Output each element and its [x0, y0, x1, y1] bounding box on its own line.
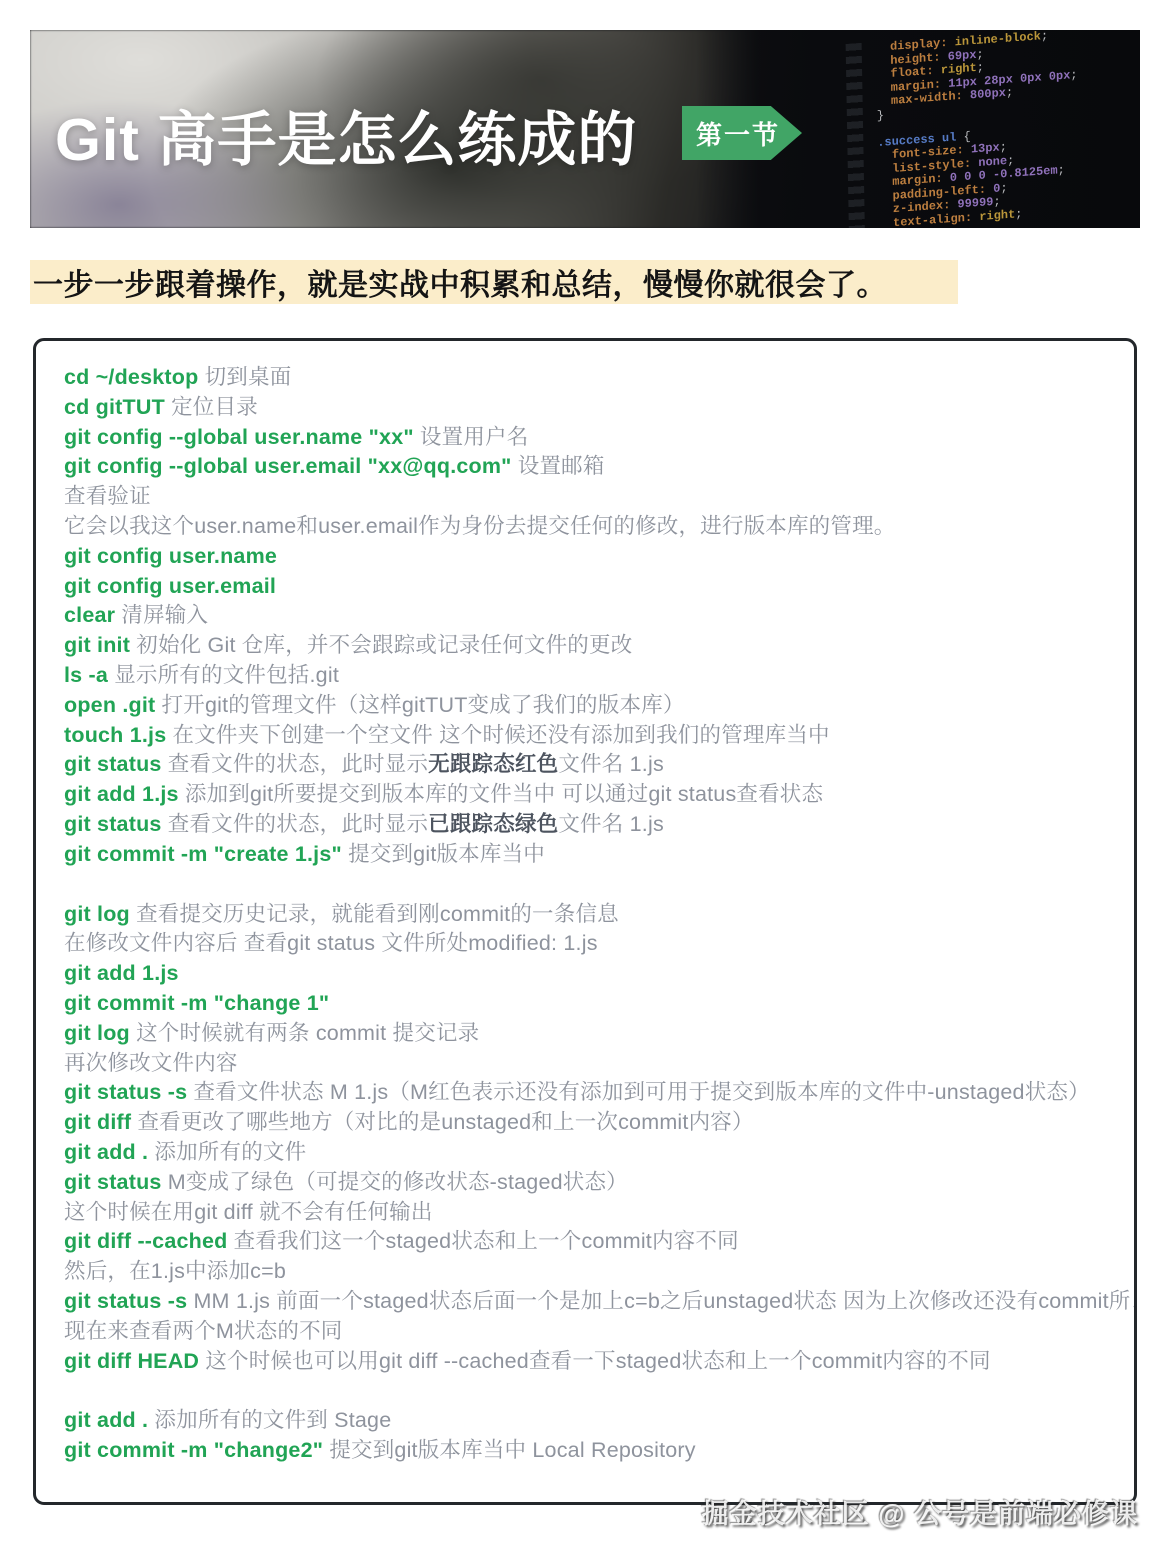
- command-description: 定位目录: [165, 395, 258, 419]
- command-description: 清屏输入: [115, 603, 208, 627]
- command-description: 显示所有的文件包括.git: [108, 663, 339, 687]
- git-command: touch 1.js: [64, 723, 166, 747]
- tutorial-line: clear 清屏输入: [64, 601, 1120, 631]
- command-description: 查看文件的状态，此时显示: [162, 812, 429, 836]
- tutorial-line: git log 查看提交历史记录，就能看到刚commit的一条信息: [64, 900, 1120, 930]
- git-command: cd ~/desktop: [64, 365, 198, 389]
- command-description: 在修改文件内容后 查看git status 文件所处modified: 1.js: [64, 931, 598, 955]
- command-description: 文件名 1.js: [558, 812, 664, 836]
- git-command: git commit -m "change 1": [64, 991, 329, 1015]
- watermark-text: 掘金技术社区 @ 公号是前端必修课: [702, 1492, 1138, 1531]
- command-description: 设置用户名: [414, 425, 529, 449]
- command-description: 初始化 Git 仓库，并不会跟踪或记录任何文件的更改: [130, 633, 632, 657]
- command-description: 提交到git版本库当中: [342, 842, 545, 866]
- tutorial-line: git status M变成了绿色（可提交的修改状态-staged状态）: [64, 1168, 1120, 1198]
- section-badge-label: 第一节: [696, 115, 780, 152]
- tutorial-line: cd gitTUT 定位目录: [64, 393, 1120, 423]
- command-description: 添加所有的文件: [148, 1140, 306, 1164]
- git-command: clear: [64, 603, 115, 627]
- tutorial-line: git config user.email: [64, 572, 1120, 602]
- git-command: git log: [64, 1021, 130, 1045]
- tutorial-line: open .git 打开git的管理文件（这样gitTUT变成了我们的版本库）: [64, 691, 1120, 721]
- git-command: git log: [64, 902, 130, 926]
- tutorial-lines: cd ~/desktop 切到桌面cd gitTUT 定位目录git confi…: [64, 363, 1120, 1466]
- git-command: git config --global user.email "xx@qq.co…: [64, 454, 512, 478]
- command-description: 切到桌面: [198, 365, 291, 389]
- command-description: 打开git的管理文件（这样gitTUT变成了我们的版本库）: [155, 693, 684, 717]
- tutorial-line: git commit -m "change 1": [64, 989, 1120, 1019]
- git-command: git add .: [64, 1140, 148, 1164]
- tutorial-box: cd ~/desktop 切到桌面cd gitTUT 定位目录git confi…: [33, 338, 1137, 1505]
- git-command: git init: [64, 633, 130, 657]
- git-command: git config user.email: [64, 574, 276, 598]
- git-command: git commit -m "change2": [64, 1438, 323, 1462]
- tutorial-line: ls -a 显示所有的文件包括.git: [64, 661, 1120, 691]
- git-command: git status -s: [64, 1080, 187, 1104]
- tutorial-line: git status -s 查看文件状态 M 1.js（M红色表示还没有添加到可…: [64, 1078, 1120, 1108]
- git-command: git status: [64, 812, 162, 836]
- tutorial-line: git commit -m "create 1.js" 提交到git版本库当中: [64, 840, 1120, 870]
- tutorial-line: git commit -m "change2" 提交到git版本库当中 Loca…: [64, 1436, 1120, 1466]
- command-description: 然后，在1.js中添加c=b: [64, 1259, 286, 1283]
- command-description: 添加所有的文件到 Stage: [148, 1408, 391, 1432]
- command-description: 查看文件的状态，此时显示: [162, 752, 429, 776]
- tutorial-line: git config --global user.email "xx@qq.co…: [64, 452, 1120, 482]
- command-description: 查看验证: [64, 484, 151, 508]
- tutorial-line: git config user.name: [64, 542, 1120, 572]
- command-description: 文件名 1.js: [558, 752, 664, 776]
- command-description: 查看我们这一个staged状态和上一个commit内容不同: [227, 1229, 738, 1253]
- git-command: git config --global user.name "xx": [64, 425, 414, 449]
- tutorial-line: touch 1.js 在文件夹下创建一个空文件 这个时候还没有添加到我们的管理库…: [64, 721, 1120, 751]
- tutorial-line: git add 1.js: [64, 959, 1120, 989]
- tutorial-line: 这个时候在用git diff 就不会有任何输出: [64, 1198, 1120, 1228]
- command-description: 查看更改了哪些地方（对比的是unstaged和上一次commit内容）: [131, 1110, 753, 1134]
- git-command: git diff HEAD: [64, 1349, 199, 1373]
- command-description: 添加到git所要提交到版本库的文件当中 可以通过git status查看状态: [179, 782, 824, 806]
- command-description: 在文件夹下创建一个空文件 这个时候还没有添加到我们的管理库当中: [166, 723, 829, 747]
- tutorial-line: 在修改文件内容后 查看git status 文件所处modified: 1.js: [64, 929, 1120, 959]
- git-command: git config user.name: [64, 544, 277, 568]
- tutorial-line: 然后，在1.js中添加c=b: [64, 1257, 1120, 1287]
- tutorial-line: 查看验证: [64, 482, 1120, 512]
- page: display: inline-block; height: 69px; flo…: [0, 0, 1170, 1559]
- git-command: git diff: [64, 1110, 131, 1134]
- command-description: 再次修改文件内容: [64, 1051, 238, 1075]
- command-description: 它会以我这个user.name和user.email作为身份去提交任何的修改，进…: [64, 514, 896, 538]
- tutorial-line: git status 查看文件的状态，此时显示无跟踪态红色文件名 1.js: [64, 750, 1120, 780]
- command-description: 查看文件状态 M 1.js（M红色表示还没有添加到可用于提交到版本库的文件中-u…: [187, 1080, 1090, 1104]
- page-title: Git 高手是怎么练成的: [55, 92, 637, 177]
- git-command: open .git: [64, 693, 155, 717]
- line-number-strip: [846, 43, 865, 228]
- git-command: git add 1.js: [64, 782, 179, 806]
- subtitle-text: 一步一步跟着操作，就是实战中积累和总结，慢慢你就很会了。: [33, 260, 887, 304]
- git-command: ls -a: [64, 663, 108, 687]
- git-command: git status: [64, 752, 162, 776]
- tutorial-line: git diff --cached 查看我们这一个staged状态和上一个com…: [64, 1227, 1120, 1257]
- git-command: git commit -m "create 1.js": [64, 842, 342, 866]
- tutorial-line: 现在来查看两个M状态的不同: [64, 1317, 1120, 1347]
- css-code-lines: display: inline-block; height: 69px; flo…: [876, 30, 1080, 228]
- tutorial-line: git config --global user.name "xx" 设置用户名: [64, 423, 1120, 453]
- tutorial-line: git diff HEAD 这个时候也可以用git diff --cached查…: [64, 1347, 1120, 1377]
- command-description: MM 1.js 前面一个staged状态后面一个是加上c=b之后unstaged…: [187, 1289, 1137, 1313]
- tutorial-line: git status -s MM 1.js 前面一个staged状态后面一个是加…: [64, 1287, 1120, 1317]
- tutorial-line: git add . 添加所有的文件到 Stage: [64, 1406, 1120, 1436]
- git-command: git add 1.js: [64, 961, 179, 985]
- tutorial-line: git init 初始化 Git 仓库，并不会跟踪或记录任何文件的更改: [64, 631, 1120, 661]
- tutorial-line: git status 查看文件的状态，此时显示已跟踪态绿色文件名 1.js: [64, 810, 1120, 840]
- tutorial-line: git add 1.js 添加到git所要提交到版本库的文件当中 可以通过git…: [64, 780, 1120, 810]
- command-description: 设置邮箱: [512, 454, 605, 478]
- tutorial-line: git add . 添加所有的文件: [64, 1138, 1120, 1168]
- tutorial-line: git log 这个时候就有两条 commit 提交记录: [64, 1019, 1120, 1049]
- command-description: 这个时候在用git diff 就不会有任何输出: [64, 1200, 433, 1224]
- git-command: cd gitTUT: [64, 395, 165, 419]
- code-editor-pane: display: inline-block; height: 69px; flo…: [846, 30, 1080, 228]
- command-description: 提交到git版本库当中 Local Repository: [323, 1438, 696, 1462]
- tutorial-line: [64, 870, 1120, 900]
- git-command: git status: [64, 1170, 162, 1194]
- git-command: git status -s: [64, 1289, 187, 1313]
- command-description: 这个时候也可以用git diff --cached查看一下staged状态和上一…: [199, 1349, 991, 1373]
- command-description: 现在来查看两个M状态的不同: [64, 1319, 343, 1343]
- tutorial-line: [64, 1376, 1120, 1406]
- command-description: 无跟踪态红色: [428, 752, 558, 776]
- command-description: M变成了绿色（可提交的修改状态-staged状态）: [162, 1170, 628, 1194]
- tutorial-line: 再次修改文件内容: [64, 1049, 1120, 1079]
- git-command: git add .: [64, 1408, 148, 1432]
- tutorial-line: git diff 查看更改了哪些地方（对比的是unstaged和上一次commi…: [64, 1108, 1120, 1138]
- command-description: 查看提交历史记录，就能看到刚commit的一条信息: [130, 902, 619, 926]
- command-description: 已跟踪态绿色: [428, 812, 558, 836]
- git-command: git diff --cached: [64, 1229, 227, 1253]
- tutorial-line: cd ~/desktop 切到桌面: [64, 363, 1120, 393]
- hero-banner: display: inline-block; height: 69px; flo…: [30, 30, 1140, 228]
- tutorial-line: 它会以我这个user.name和user.email作为身份去提交任何的修改，进…: [64, 512, 1120, 542]
- subtitle-highlight: 一步一步跟着操作，就是实战中积累和总结，慢慢你就很会了。: [30, 260, 958, 304]
- command-description: 这个时候就有两条 commit 提交记录: [130, 1021, 479, 1045]
